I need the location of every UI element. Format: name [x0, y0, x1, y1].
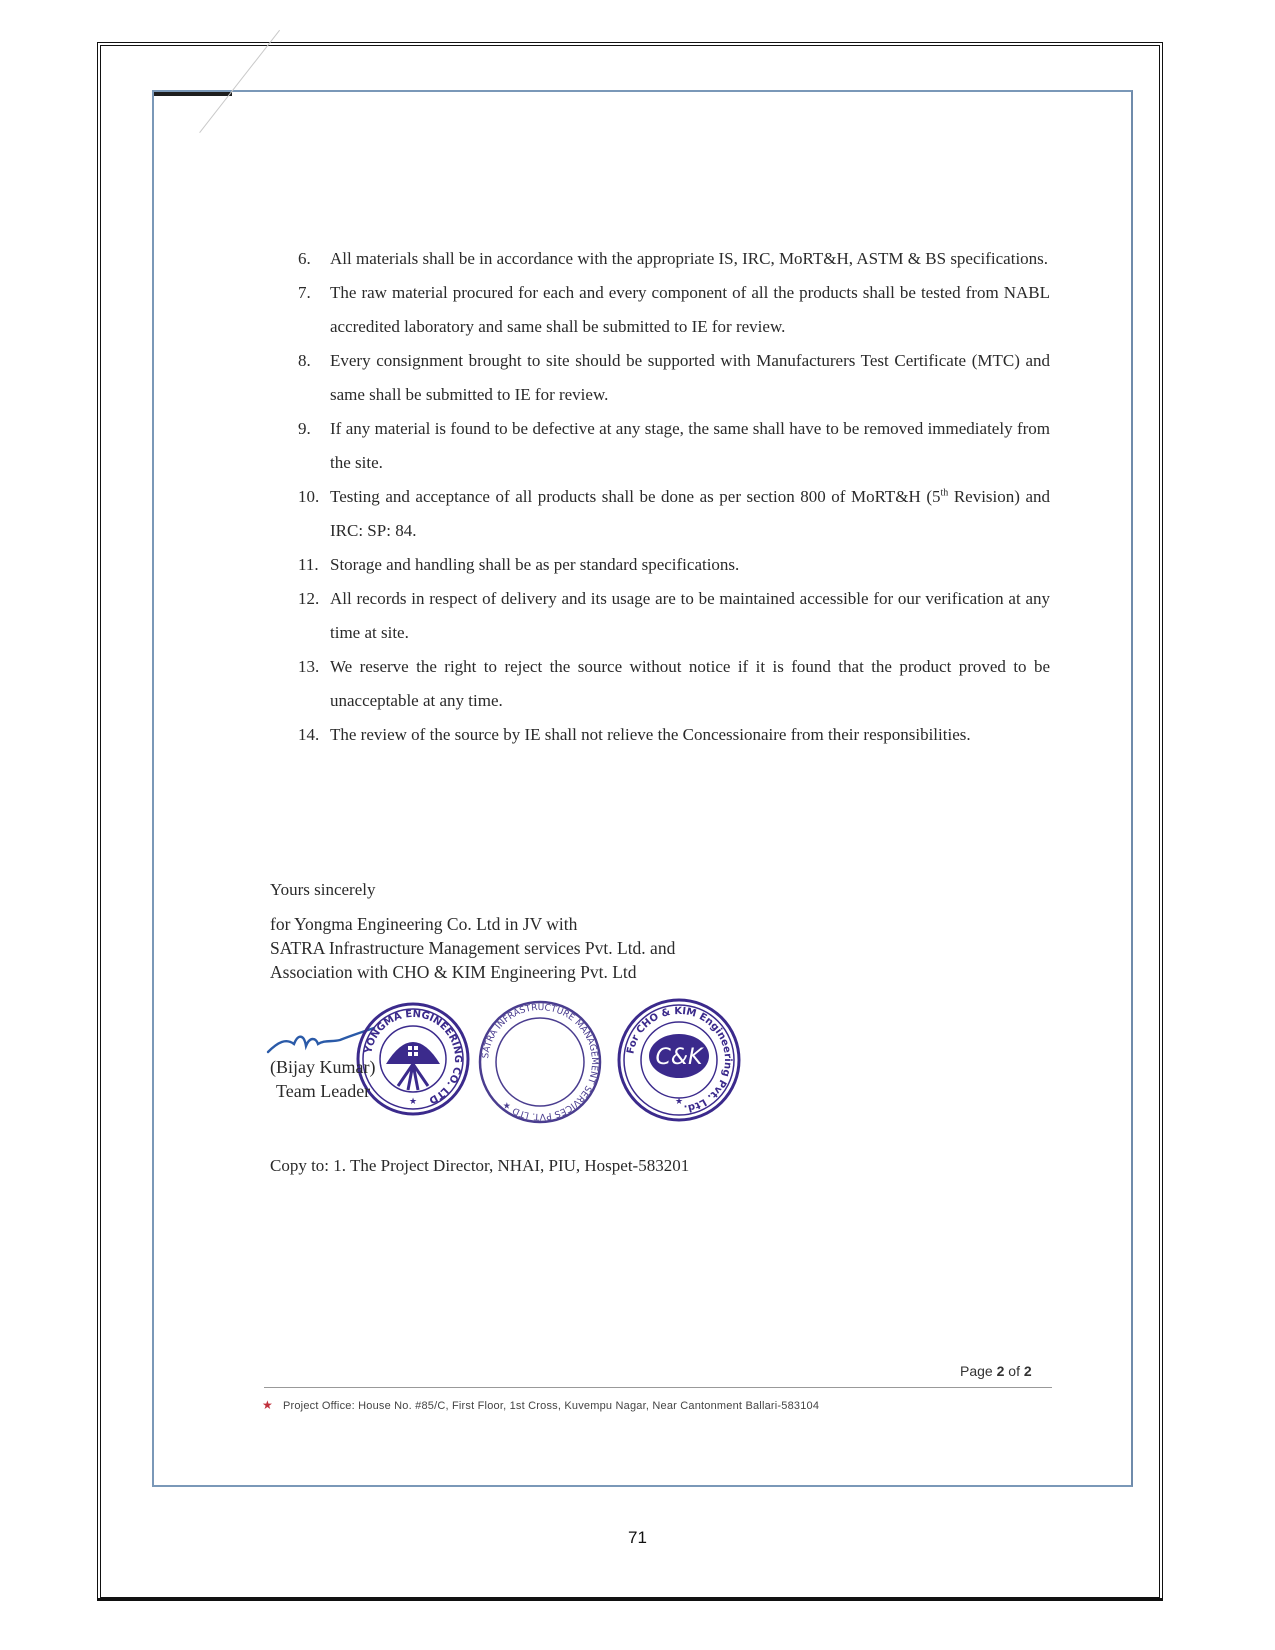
list-item: 12.All records in respect of delivery an… [298, 582, 1050, 650]
footer-address: ★Project Office: House No. #85/C, First … [262, 1398, 819, 1412]
list-item: 14.The review of the source by IE shall … [298, 718, 1050, 752]
org-line: Association with CHO & KIM Engineering P… [270, 960, 675, 984]
signer-name: (Bijay Kumar) [270, 1057, 375, 1077]
footer-page-indicator: Page 2 of 2 [960, 1363, 1032, 1379]
page-number: 71 [0, 1528, 1275, 1548]
signer-role: Team Leader [270, 1079, 375, 1103]
svg-text:SATRA INFRASTRUCTURE MANAGEMEN: SATRA INFRASTRUCTURE MANAGEMENT SERVICES… [481, 1003, 599, 1121]
footer-divider [264, 1387, 1052, 1388]
copy-to-line: Copy to: 1. The Project Director, NHAI, … [270, 1156, 689, 1176]
signature-area: YONGMA ENGINEERING CO. LTD ★ SATRA INFRA… [266, 1000, 786, 1135]
svg-text:★: ★ [675, 1096, 683, 1106]
list-item: 13.We reserve the right to reject the so… [298, 650, 1050, 718]
list-item: 10.Testing and acceptance of all product… [298, 480, 1050, 548]
closing-block: Yours sincerely for Yongma Engineering C… [270, 878, 675, 984]
org-line: for Yongma Engineering Co. Ltd in JV wit… [270, 912, 675, 936]
list-item: 11.Storage and handling shall be as per … [298, 548, 1050, 582]
signer-block: (Bijay Kumar) Team Leader [270, 1055, 375, 1103]
svg-text:★: ★ [409, 1096, 417, 1106]
conditions-list: 6.All materials shall be in accordance w… [298, 242, 1050, 752]
satra-stamp: SATRA INFRASTRUCTURE MANAGEMENT SERVICES… [476, 996, 604, 1136]
list-item: 6.All materials shall be in accordance w… [298, 242, 1050, 276]
scan-corner-mark [154, 92, 232, 96]
org-line: SATRA Infrastructure Management services… [270, 936, 675, 960]
star-icon: ★ [262, 1398, 273, 1412]
list-item: 8.Every consignment brought to site shou… [298, 344, 1050, 412]
salutation: Yours sincerely [270, 878, 675, 902]
svg-text:C&K: C&K [656, 1045, 705, 1070]
cho-kim-stamp: For CHO & KIM Engineering Pvt. Ltd. C&K … [614, 996, 744, 1124]
list-item: 9.If any material is found to be defecti… [298, 412, 1050, 480]
list-item: 7.The raw material procured for each and… [298, 276, 1050, 344]
